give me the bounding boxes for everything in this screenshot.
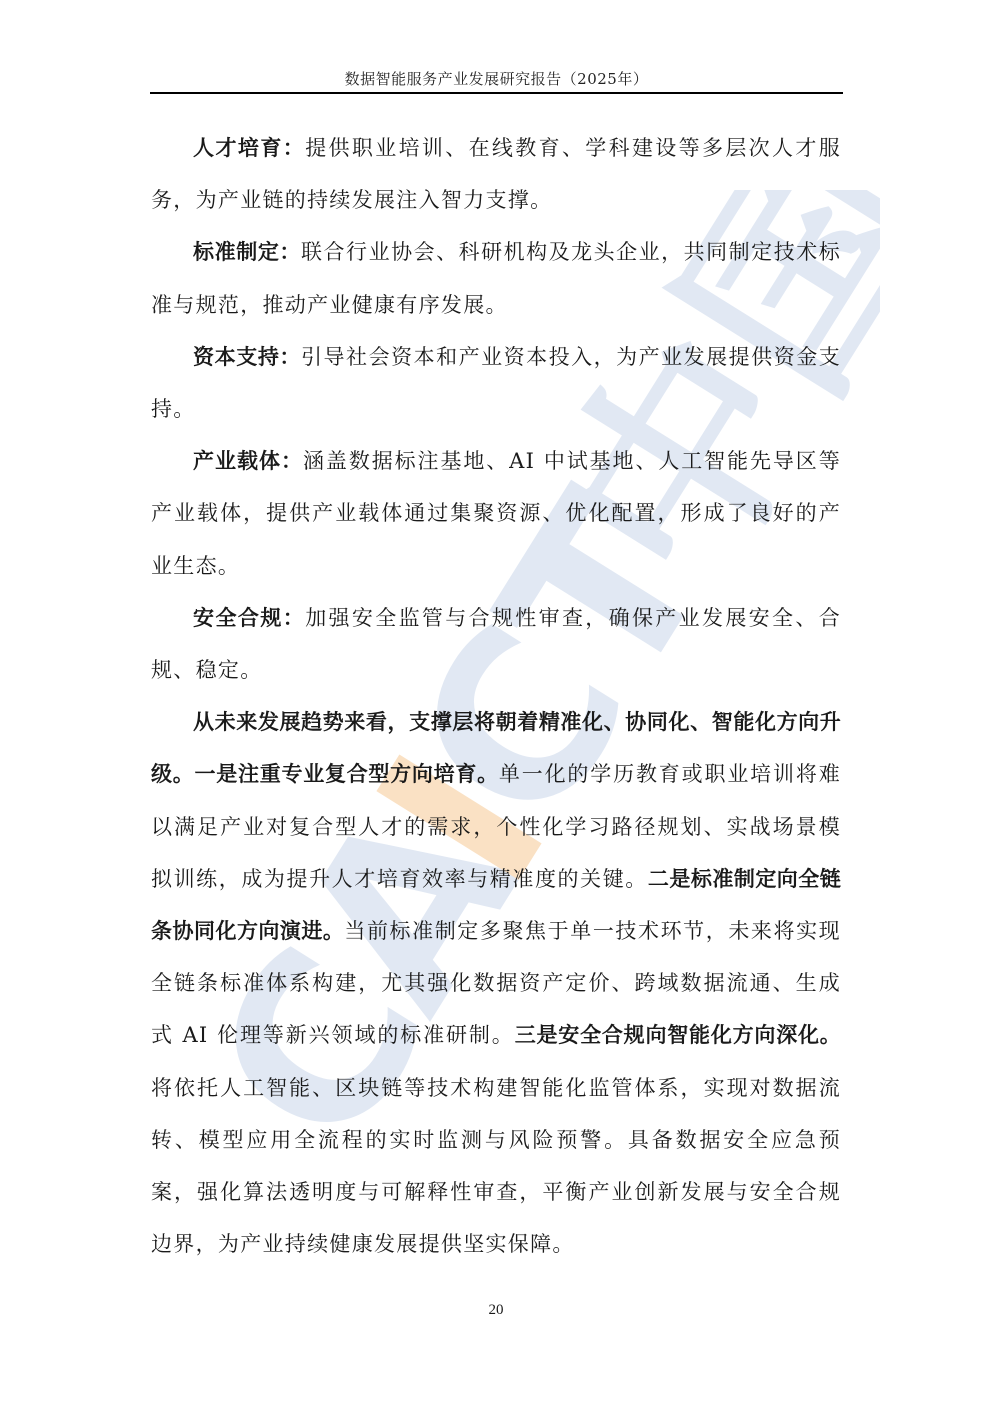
- paragraph-carriers: 产业载体：涵盖数据标注基地、AI 中试基地、人工智能先导区等产业载体，提供产业载…: [151, 435, 841, 592]
- paragraph-label: 标准制定：: [193, 240, 301, 264]
- body-text: 将依托人工智能、区块链等技术构建智能化监管体系，实现对数据流转、模型应用全流程的…: [151, 1076, 841, 1257]
- document-body: 人才培育：提供职业培训、在线教育、学科建设等多层次人才服务，为产业链的持续发展注…: [151, 122, 841, 1270]
- paragraph-compliance: 安全合规：加强安全监管与合规性审查，确保产业发展安全、合规、稳定。: [151, 592, 841, 696]
- paragraph-label: 产业载体：: [193, 449, 303, 473]
- header-rule: [150, 92, 843, 94]
- paragraph-standards: 标准制定：联合行业协会、科研机构及龙头企业，共同制定技术标准与规范，推动产业健康…: [151, 226, 841, 330]
- page-number: 20: [0, 1302, 992, 1319]
- paragraph-label: 资本支持：: [193, 345, 301, 369]
- emphasis-text: 三是安全合规向智能化方向深化。: [515, 1023, 841, 1047]
- paragraph-capital: 资本支持：引导社会资本和产业资本投入，为产业发展提供资金支持。: [151, 331, 841, 435]
- paragraph-label: 安全合规：: [193, 606, 305, 630]
- running-header: 数据智能服务产业发展研究报告（2025年）: [150, 68, 843, 89]
- paragraph-talent: 人才培育：提供职业培训、在线教育、学科建设等多层次人才服务，为产业链的持续发展注…: [151, 122, 841, 226]
- paragraph-future-trends: 从未来发展趋势来看，支撑层将朝着精准化、协同化、智能化方向升级。一是注重专业复合…: [151, 696, 841, 1270]
- paragraph-label: 人才培育：: [193, 136, 305, 160]
